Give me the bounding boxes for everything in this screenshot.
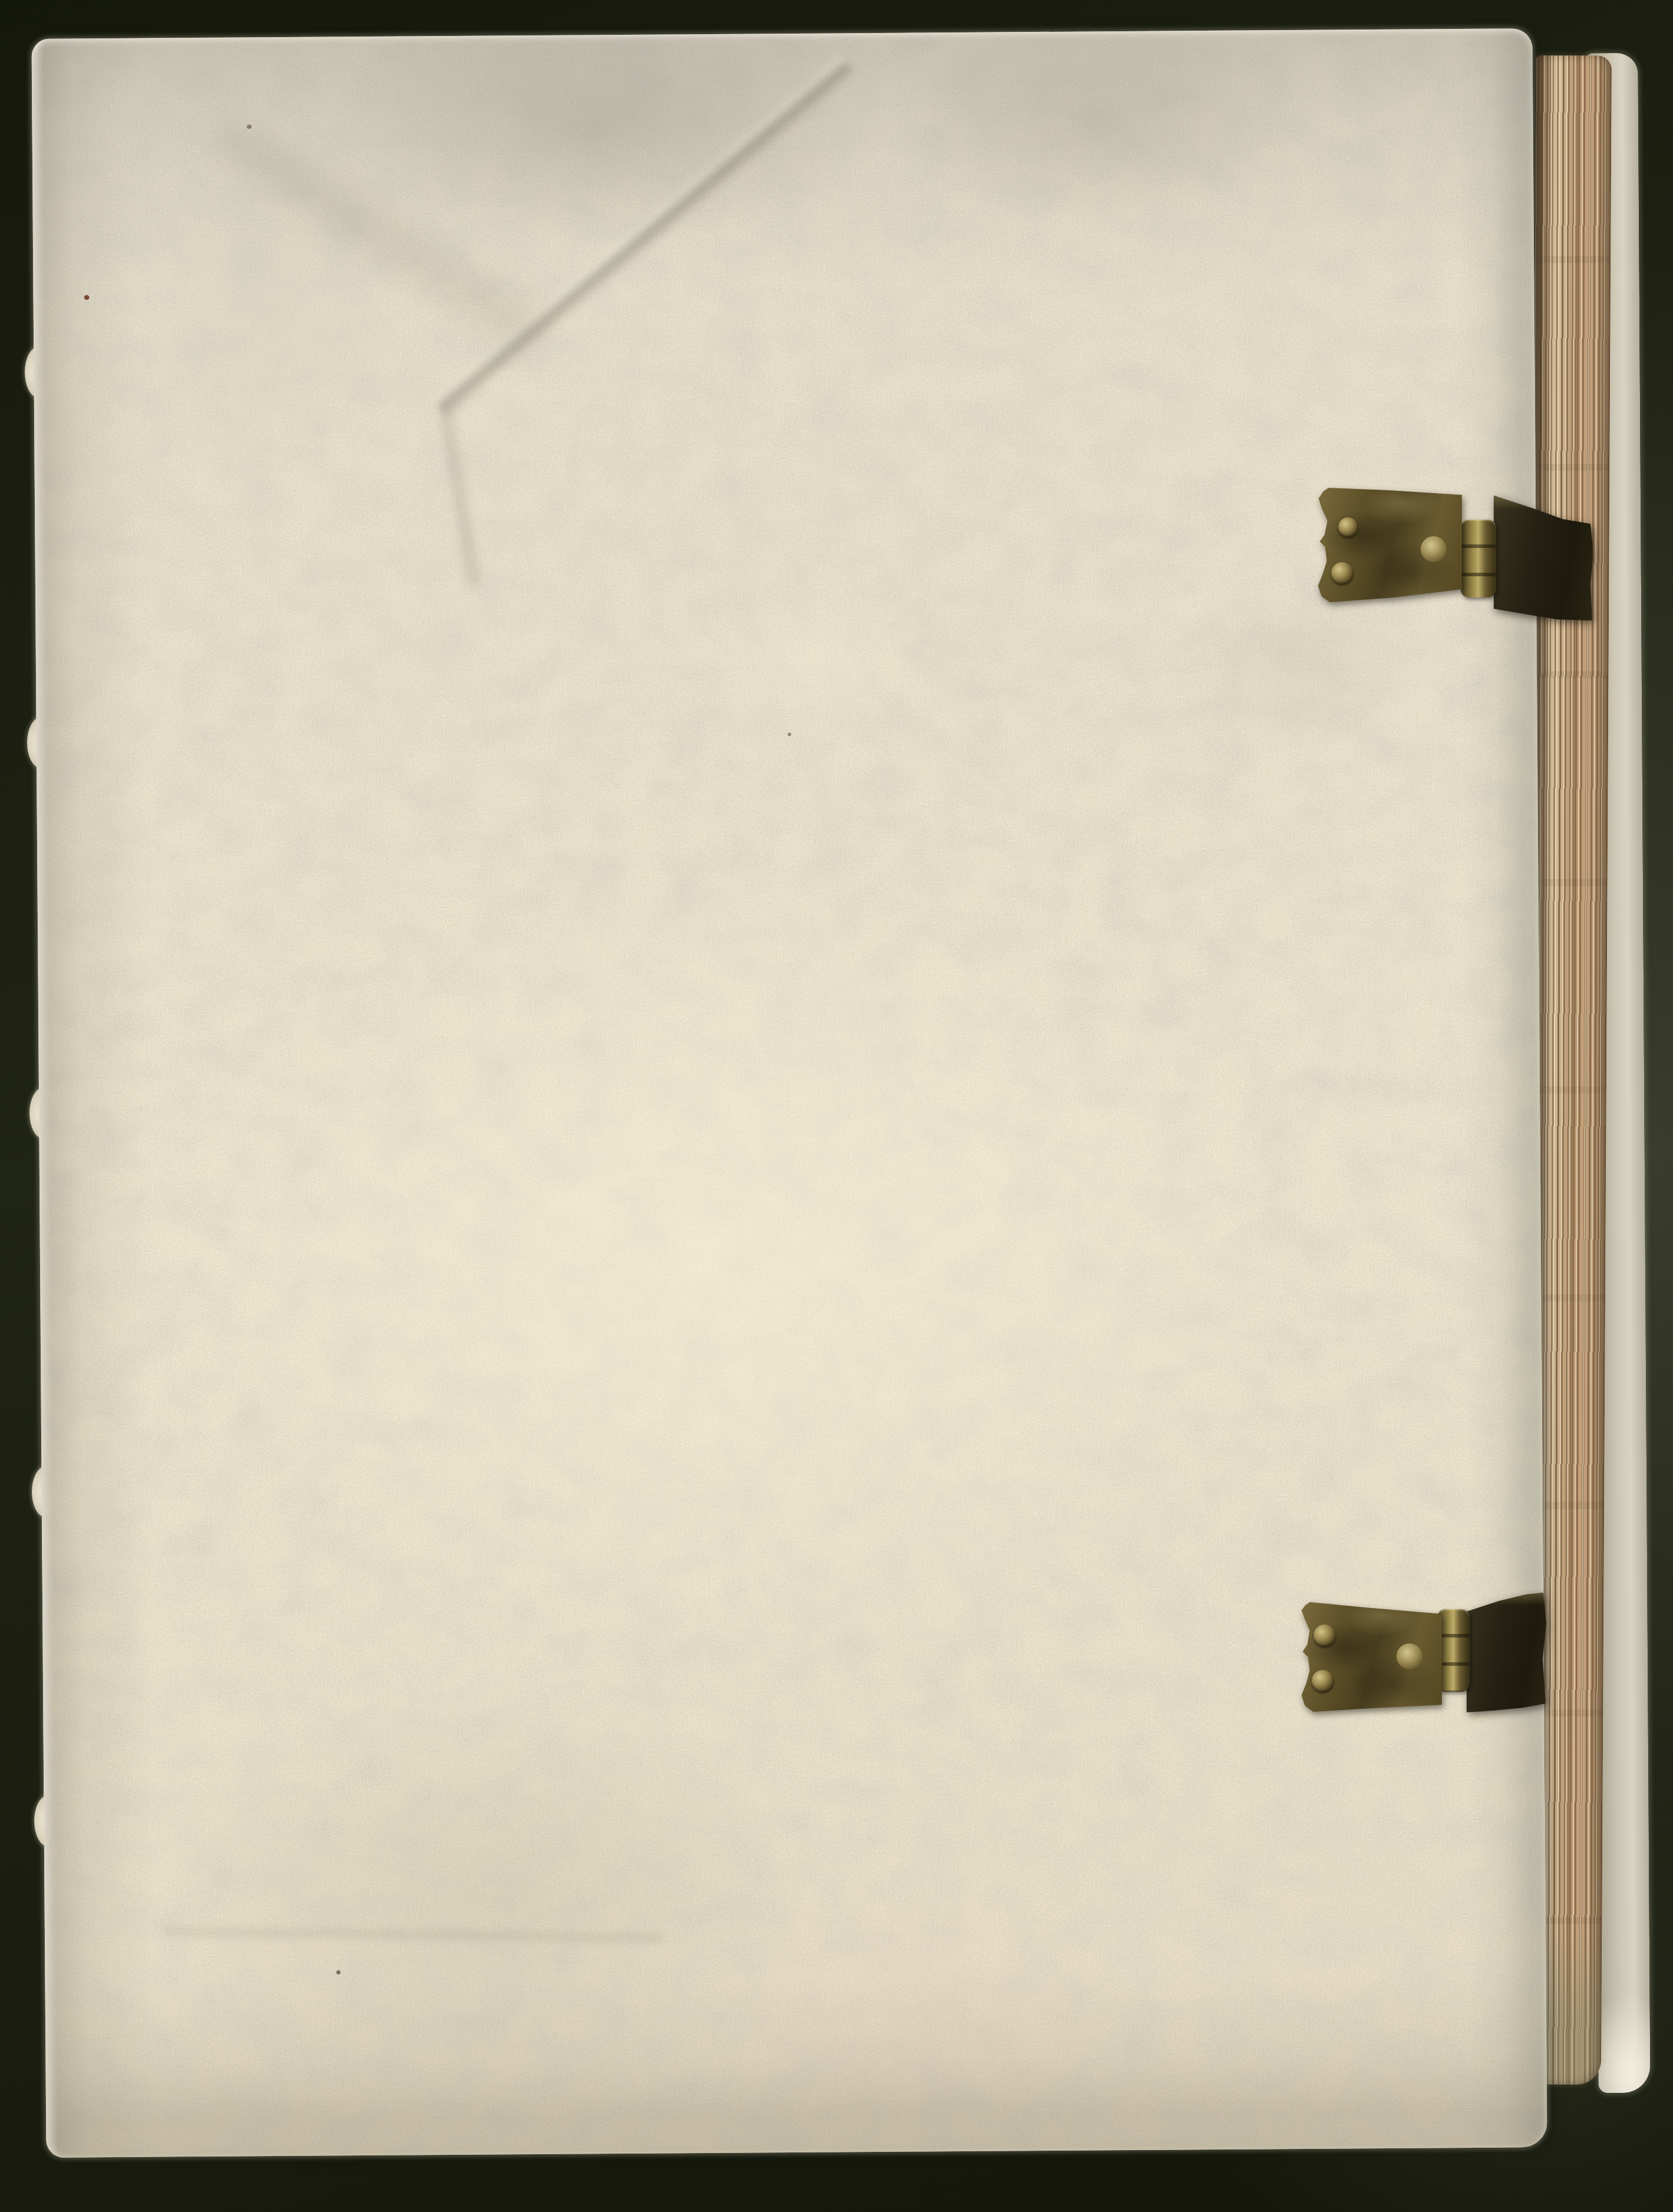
clasp-lower-plate-shape [1300,1596,1442,1718]
clasp-upper-hinge [1461,520,1496,598]
clasp-lower-hinge [1437,1609,1470,1692]
clasp-lower [1294,1587,1589,1740]
rivet [1338,517,1358,537]
rivet [1313,1624,1336,1647]
rivet [1396,1643,1422,1669]
clasp-upper-strap [1491,490,1597,630]
back-cover [31,28,1547,2158]
cover-edge-highlight [31,28,1547,2158]
clasp-lower-plate [1300,1596,1442,1718]
clasp-lower-strap-shape [1464,1588,1552,1715]
rivet [1312,1670,1334,1692]
clasp-upper [1312,481,1607,646]
clasp-lower-strap [1464,1588,1552,1715]
clasp-upper-strap-shape [1491,490,1597,630]
clasp-upper-plate [1317,484,1462,606]
clasp-upper-plate-shape [1317,484,1462,606]
rivet [1331,562,1353,585]
photo-stage [0,0,1673,2212]
rivet [1421,536,1447,562]
